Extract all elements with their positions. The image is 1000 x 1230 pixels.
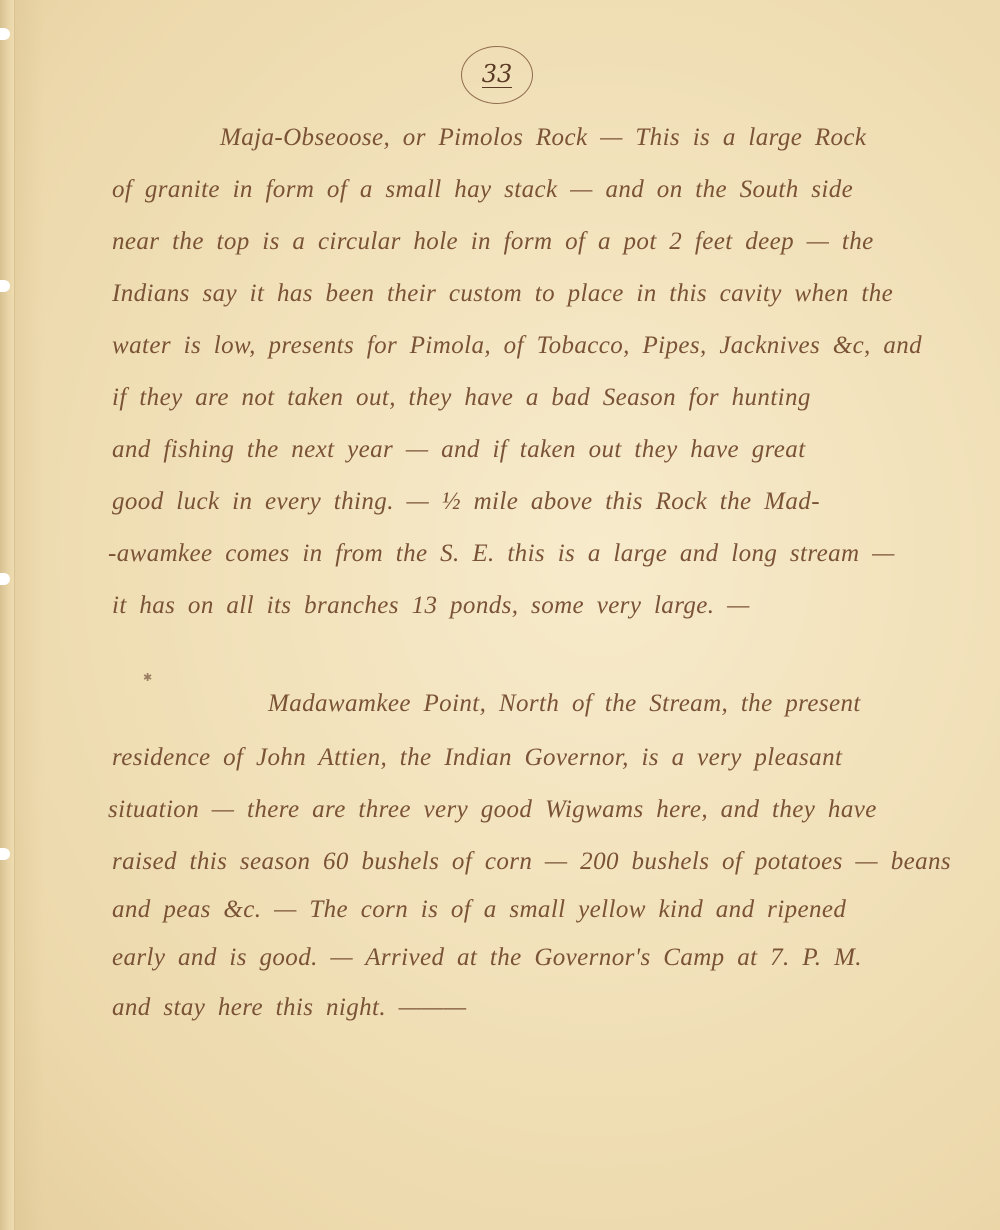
manuscript-page: 33 Maja-Obseoose, or Pimolos Rock — This… [0, 0, 1000, 1230]
stitch-margin [14, 0, 44, 1230]
text-line: it has on all its branches 13 ponds, som… [112, 592, 750, 620]
text-line: situation — there are three very good Wi… [108, 796, 877, 824]
text-line: if they are not taken out, they have a b… [112, 384, 811, 412]
page-number: 33 [482, 62, 513, 88]
text-line: good luck in every thing. — ½ mile above… [112, 488, 820, 516]
text-line: and fishing the next year — and if taken… [112, 436, 806, 464]
text-line: Indians say it has been their custom to … [112, 280, 893, 308]
text-line: residence of John Attien, the Indian Gov… [112, 744, 842, 772]
binding-edge [0, 0, 15, 1230]
ink-blot: ✱ [143, 671, 152, 684]
text-line: raised this season 60 bushels of corn — … [112, 848, 951, 876]
text-line: and stay here this night. ——— [112, 994, 467, 1022]
text-line: near the top is a circular hole in form … [112, 228, 874, 256]
text-line: Madawamkee Point, North of the Stream, t… [268, 690, 861, 718]
text-line: -awamkee comes in from the S. E. this is… [108, 540, 895, 568]
text-line: water is low, presents for Pimola, of To… [112, 332, 922, 360]
text-line: and peas &c. — The corn is of a small ye… [112, 896, 846, 924]
text-line: of granite in form of a small hay stack … [112, 176, 853, 204]
text-line: early and is good. — Arrived at the Gove… [112, 944, 862, 972]
page-number-circle: 33 [461, 46, 533, 104]
text-line: Maja-Obseoose, or Pimolos Rock — This is… [220, 124, 866, 152]
